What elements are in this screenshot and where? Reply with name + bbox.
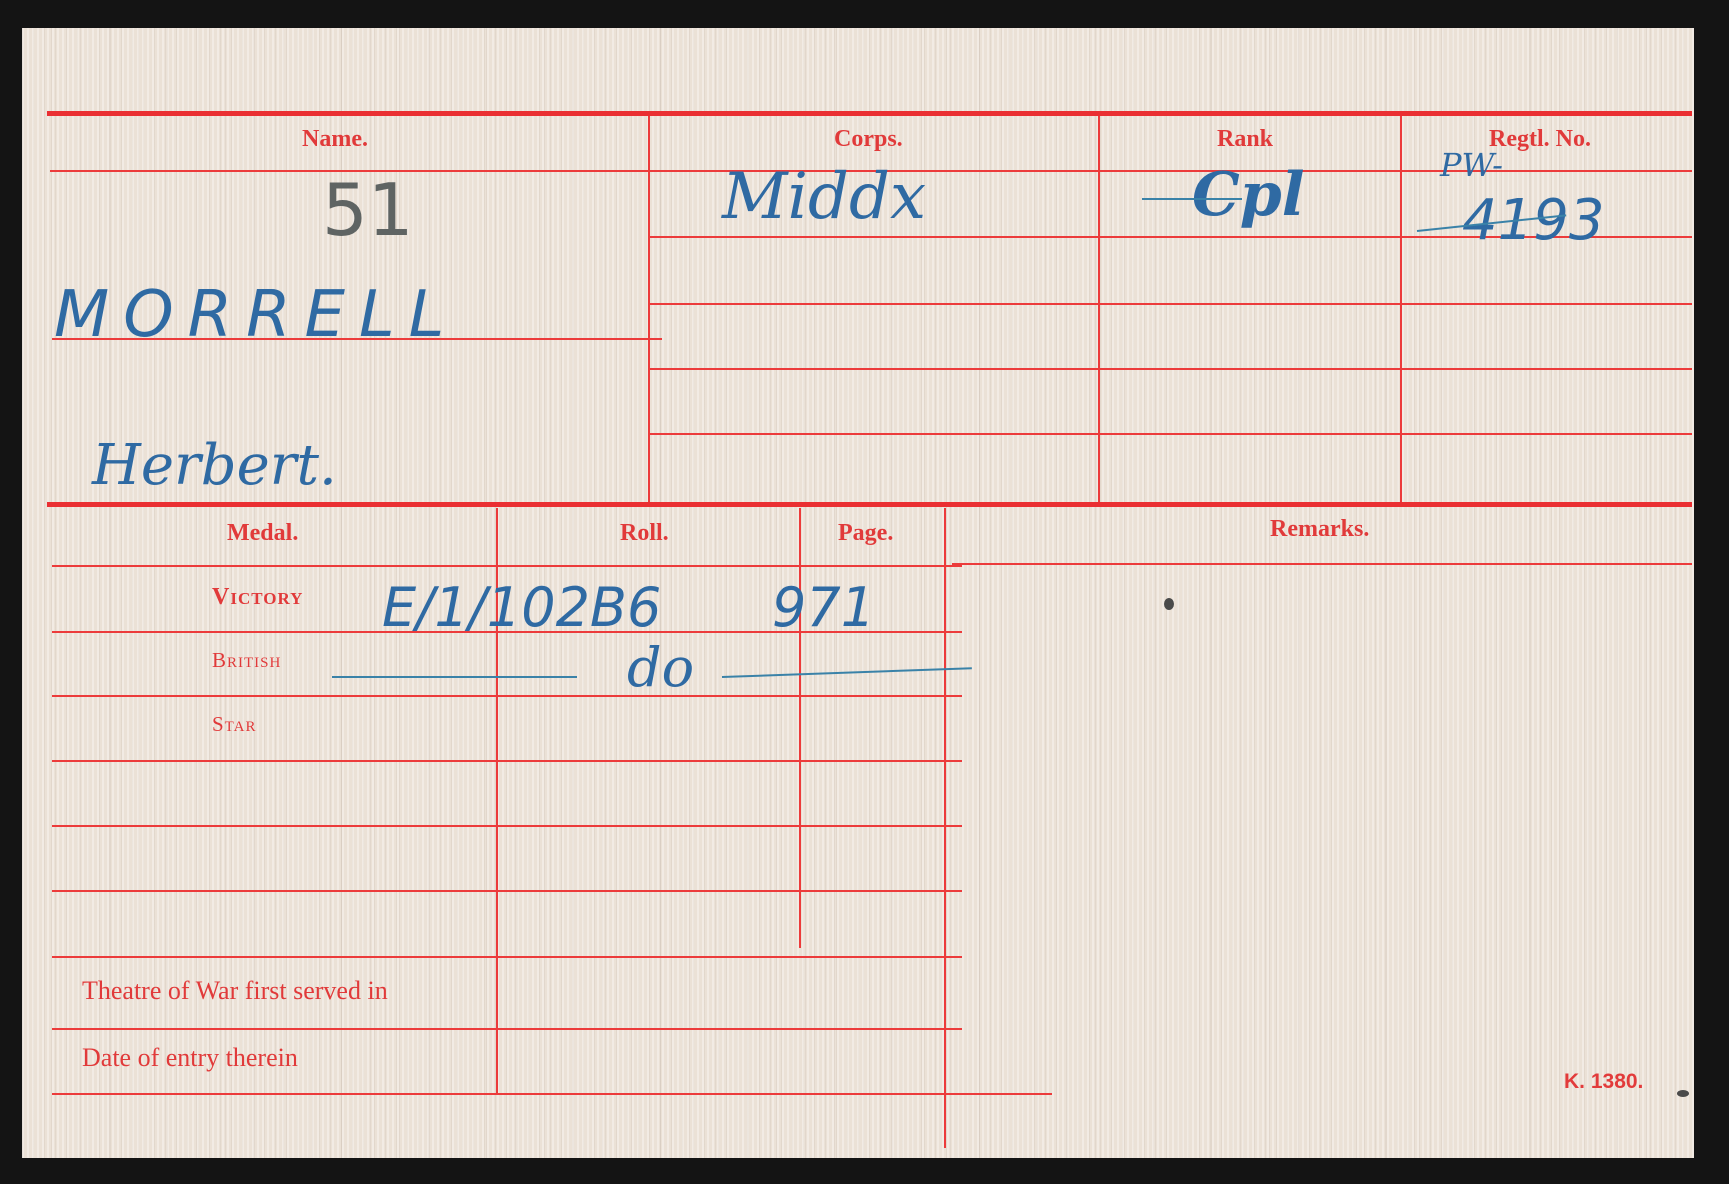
medal-victory: Victory xyxy=(212,584,303,611)
date-row-rule xyxy=(52,1093,1052,1095)
medal-index-card: Name. Corps. Rank Regtl. No. 51 MORRELL … xyxy=(22,28,1694,1158)
roll-label: Roll. xyxy=(620,520,669,547)
rank-label: Rank xyxy=(1217,126,1273,153)
victory-page: 971 xyxy=(772,576,875,639)
regtl-no-label: Regtl. No. xyxy=(1489,126,1591,153)
middle-rule xyxy=(47,502,1692,507)
medal-label: Medal. xyxy=(227,520,298,547)
british-dash-right xyxy=(722,667,972,678)
corps-row-rule-4 xyxy=(650,433,1692,435)
page-remarks-divider xyxy=(944,508,946,1148)
medal-row-rule-6 xyxy=(52,956,962,958)
theatre-row-rule xyxy=(52,1028,962,1030)
page-label: Page. xyxy=(838,520,893,547)
rank-value: Cpl xyxy=(1192,160,1305,230)
regtl-no-prefix: PW- xyxy=(1440,146,1503,184)
medal-header-rule xyxy=(52,565,962,567)
surname: MORRELL xyxy=(54,278,458,352)
medal-row-rule-5 xyxy=(52,890,962,892)
rank-regtl-divider xyxy=(1400,116,1402,502)
medal-british: British xyxy=(212,648,281,673)
corps-value: Middx xyxy=(722,160,926,234)
name-label: Name. xyxy=(302,126,368,153)
corps-row-rule-3 xyxy=(650,368,1692,370)
british-dash-left xyxy=(332,676,577,678)
british-roll-ditto: do xyxy=(627,636,694,699)
remarks-label: Remarks. xyxy=(1270,516,1369,543)
ink-speck-corner xyxy=(1677,1090,1689,1097)
medal-row-rule-3 xyxy=(52,760,962,762)
medal-row-rule-2 xyxy=(52,695,962,697)
corps-rank-divider xyxy=(1098,116,1100,502)
name-corps-divider xyxy=(648,116,650,502)
forename: Herbert. xyxy=(92,433,337,498)
medal-star: Star xyxy=(212,712,256,737)
victory-roll: E/1/102B6 xyxy=(382,576,661,639)
date-label: Date of entry therein xyxy=(82,1043,298,1073)
card-number: 51 xyxy=(322,168,414,252)
corps-label: Corps. xyxy=(834,126,903,153)
ink-speck-remarks xyxy=(1164,598,1174,610)
regtl-no-value: 4193 xyxy=(1462,188,1605,253)
rank-strike-line xyxy=(1142,198,1242,200)
theatre-label: Theatre of War first served in xyxy=(82,976,388,1006)
remarks-header-rule xyxy=(952,563,1692,565)
form-number: K. 1380. xyxy=(1564,1070,1643,1094)
roll-page-divider xyxy=(799,508,801,948)
top-rule xyxy=(47,111,1692,116)
medal-row-rule-4 xyxy=(52,825,962,827)
corps-row-rule-2 xyxy=(650,303,1692,305)
